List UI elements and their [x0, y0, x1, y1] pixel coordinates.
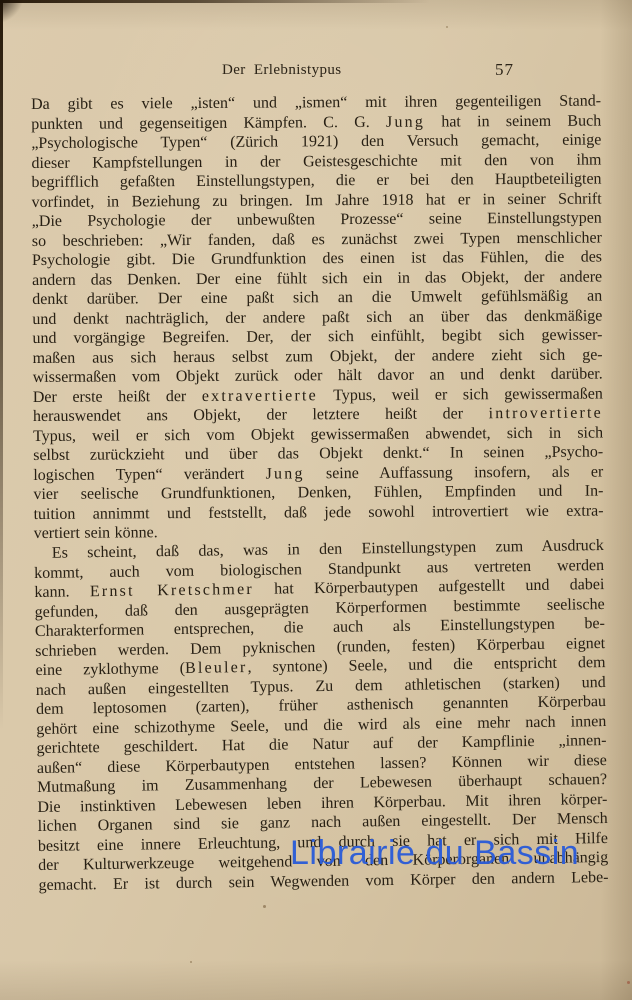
letterspaced-word: Jung	[266, 465, 305, 482]
paragraph: Da gibt es viele „isten“ und „ismen“ mit…	[31, 92, 604, 544]
letterspaced-word: extravertierte	[202, 387, 318, 405]
paper-speck	[446, 26, 448, 28]
paper-speck	[190, 961, 192, 963]
letterspaced-word: Bleuler	[185, 659, 248, 677]
page-number: 57	[495, 60, 514, 80]
letterspaced-word: introvertierte	[489, 405, 603, 423]
paper-speck	[627, 981, 630, 984]
bookseller-watermark: Librairie du Bassin	[290, 834, 579, 873]
book-page-photo: Der Erlebnistypus 57 Da gibt es viele „i…	[0, 0, 632, 1000]
running-header-title: Der Erlebnistypus	[222, 62, 342, 79]
photo-edge-top	[0, 0, 430, 3]
letterspaced-word: Jung	[386, 113, 425, 130]
text-line: tuition annimmt und feststellt, daß jede…	[34, 501, 604, 524]
paper-speck	[263, 905, 266, 908]
body-text: Da gibt es viele „isten“ und „ismen“ mit…	[31, 92, 606, 895]
letterspaced-word: Ernst Kretschmer	[90, 580, 254, 599]
photo-edge-left	[0, 0, 3, 730]
